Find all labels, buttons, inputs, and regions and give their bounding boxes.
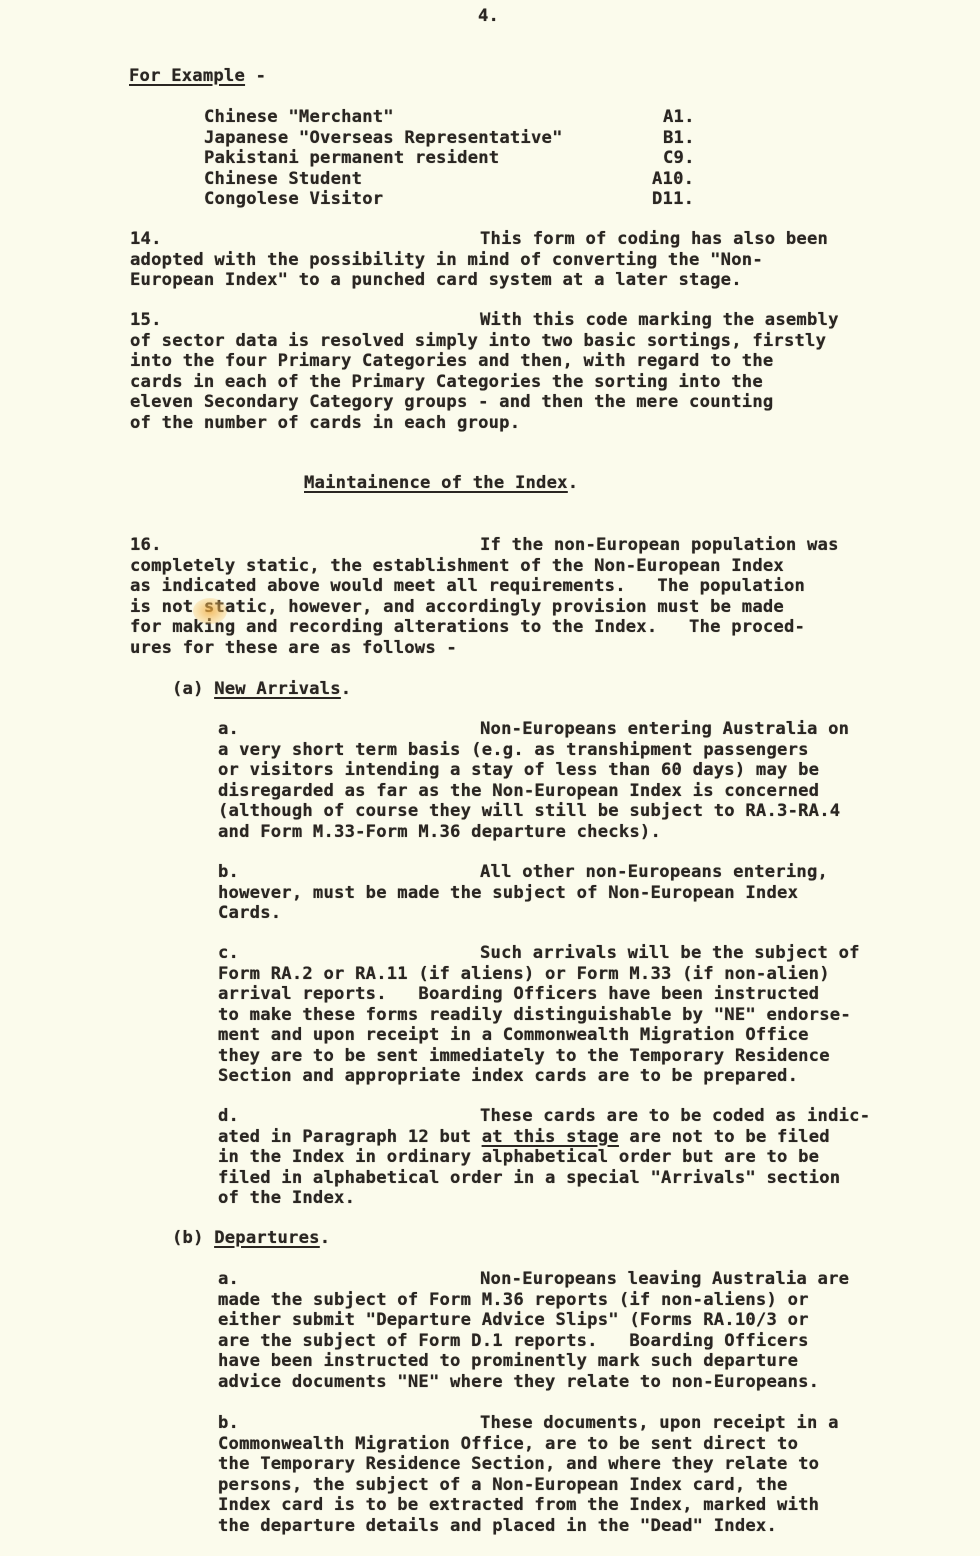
item-letter: c.: [218, 943, 239, 964]
paragraph-line: If the non-European population was: [480, 535, 839, 556]
item-line: Section and appropriate index cards are …: [218, 1066, 798, 1087]
typewritten-page: 4. For Example - Chinese "Merchant" A1. …: [0, 0, 980, 1556]
item-line: Commonwealth Migration Office, are to be…: [218, 1434, 798, 1455]
item-line-text: ated in Paragraph 12 but: [218, 1127, 482, 1147]
example-label: Pakistani permanent resident: [204, 148, 499, 169]
item-line: Such arrivals will be the subject of: [480, 943, 860, 964]
item-letter: a.: [218, 1269, 239, 1290]
item-line: These documents, upon receipt in a: [480, 1413, 839, 1434]
item-line: Non-Europeans entering Australia on: [480, 719, 849, 740]
emphasis-underline: at this stage: [482, 1127, 619, 1147]
paragraph-line: into the four Primary Categories and the…: [130, 351, 773, 372]
paragraph-line: cards in each of the Primary Categories …: [130, 372, 763, 393]
paper-stain: [193, 598, 227, 624]
example-label: Congolese Visitor: [204, 189, 383, 210]
paragraph-line: for making and recording alterations to …: [130, 617, 805, 638]
item-line: persons, the subject of a Non-European I…: [218, 1475, 788, 1496]
example-code: D11.: [652, 189, 694, 210]
section-heading: Maintainence of the Index.: [304, 473, 578, 494]
example-heading-dash: -: [245, 66, 266, 86]
paragraph-number: 16.: [130, 535, 162, 556]
example-code: C9.: [663, 148, 695, 169]
item-line: made the subject of Form M.36 reports (i…: [218, 1290, 809, 1311]
paragraph-line: as indicated above would meet all requir…: [130, 576, 805, 597]
item-line: arrival reports. Boarding Officers have …: [218, 984, 819, 1005]
paragraph-line: adopted with the possibility in mind of …: [130, 250, 763, 271]
item-line: All other non-Europeans entering,: [480, 862, 828, 883]
item-line: the departure details and placed in the …: [218, 1516, 777, 1537]
item-line: Index card is to be extracted from the I…: [218, 1495, 819, 1516]
item-line: Non-Europeans leaving Australia are: [480, 1269, 849, 1290]
item-line: disregarded as far as the Non-European I…: [218, 781, 819, 802]
paragraph-line: This form of coding has also been: [480, 229, 828, 250]
item-line: and Form M.33-Form M.36 departure checks…: [218, 822, 661, 843]
paragraph-line: ures for these are as follows -: [130, 638, 457, 659]
example-code: A1.: [663, 107, 695, 128]
item-line: These cards are to be coded as indic-: [480, 1106, 870, 1127]
item-line: advice documents "NE" where they relate …: [218, 1372, 819, 1393]
example-label: Chinese Student: [204, 169, 362, 190]
subsection-marker: (b): [172, 1228, 214, 1248]
example-code: A10.: [652, 169, 694, 190]
item-line: filed in alphabetical order in a special…: [218, 1168, 840, 1189]
item-line: either submit "Departure Advice Slips" (…: [218, 1310, 809, 1331]
example-code: B1.: [663, 128, 695, 149]
paragraph-number: 14.: [130, 229, 162, 250]
item-line: the Temporary Residence Section, and whe…: [218, 1454, 819, 1475]
subsection-heading-departures: (b) Departures.: [172, 1228, 330, 1249]
item-line: or visitors intending a stay of less tha…: [218, 760, 819, 781]
item-line: are the subject of Form D.1 reports. Boa…: [218, 1331, 809, 1352]
item-line: a very short term basis (e.g. as transhi…: [218, 740, 809, 761]
item-letter: b.: [218, 862, 239, 883]
section-heading-period: .: [568, 473, 579, 493]
paragraph-line: is not static, however, and accordingly …: [130, 597, 784, 618]
section-heading-text: Maintainence of the Index: [304, 473, 568, 493]
subsection-period: .: [341, 679, 352, 699]
item-line: Cards.: [218, 903, 281, 924]
paragraph-line: of the number of cards in each group.: [130, 413, 520, 434]
item-line-text: are not to be filed: [619, 1127, 830, 1147]
example-label: Chinese "Merchant": [204, 107, 394, 128]
subsection-heading-new-arrivals: (a) New Arrivals.: [172, 679, 351, 700]
page-number: 4.: [478, 6, 499, 27]
item-line: to make these forms readily distinguisha…: [218, 1005, 851, 1026]
subsection-title: Departures: [214, 1228, 319, 1248]
item-line: of the Index.: [218, 1188, 355, 1209]
item-line: have been instructed to prominently mark…: [218, 1351, 798, 1372]
paragraph-line: European Index" to a punched card system…: [130, 270, 742, 291]
subsection-title: New Arrivals: [214, 679, 341, 699]
item-line: ment and upon receipt in a Commonwealth …: [218, 1025, 809, 1046]
example-heading-text: For Example: [129, 66, 245, 86]
example-label: Japanese "Overseas Representative": [204, 128, 563, 149]
subsection-period: .: [320, 1228, 331, 1248]
item-line: however, must be made the subject of Non…: [218, 883, 798, 904]
paragraph-line: of sector data is resolved simply into t…: [130, 331, 826, 352]
item-line: in the Index in ordinary alphabetical or…: [218, 1147, 819, 1168]
subsection-marker: (a): [172, 679, 214, 699]
paragraph-line: With this code marking the asembly: [480, 310, 839, 331]
item-line: ated in Paragraph 12 but at this stage a…: [218, 1127, 830, 1148]
item-letter: a.: [218, 719, 239, 740]
item-line: they are to be sent immediately to the T…: [218, 1046, 830, 1067]
example-heading: For Example -: [129, 66, 266, 87]
paragraph-number: 15.: [130, 310, 162, 331]
item-line: Form RA.2 or RA.11 (if aliens) or Form M…: [218, 964, 830, 985]
item-line: (although of course they will still be s…: [218, 801, 840, 822]
paragraph-line: eleven Secondary Category groups - and t…: [130, 392, 773, 413]
paragraph-line: completely static, the establishment of …: [130, 556, 784, 577]
item-letter: d.: [218, 1106, 239, 1127]
item-letter: b.: [218, 1413, 239, 1434]
